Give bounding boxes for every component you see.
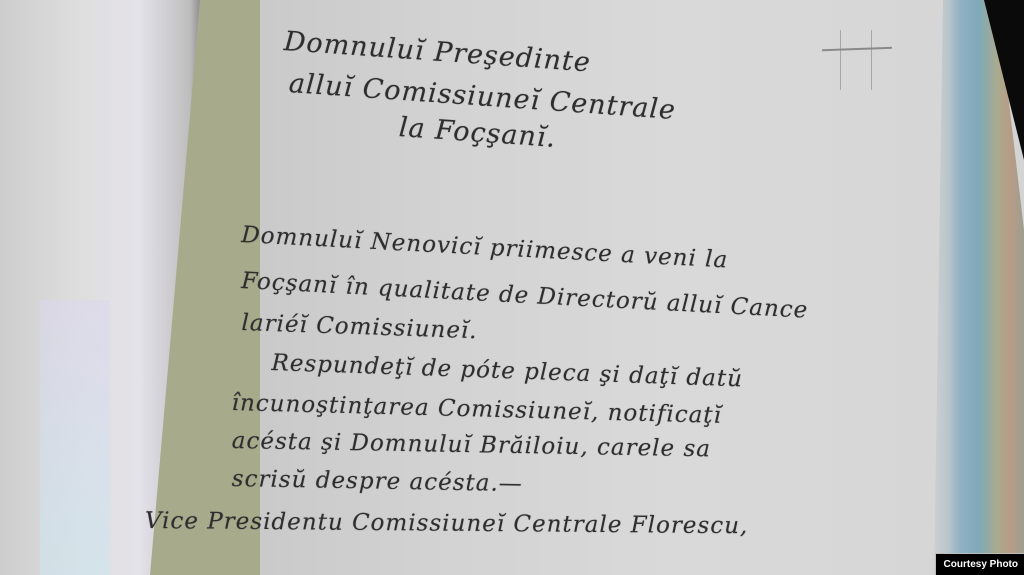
left-page-tint [40, 300, 110, 575]
courtesy-photo-badge: Courtesy Photo [935, 553, 1024, 575]
pencil-annotation [840, 30, 872, 90]
document-photo: Domnuluĭ Preşedinte alluĭ Comissiuneĭ Ce… [0, 0, 1024, 575]
signature-line: Vice Presidentu Comissiuneĭ Centrale Flo… [145, 508, 749, 539]
body-line-7: scrisŭ despre acésta.— [232, 466, 523, 497]
